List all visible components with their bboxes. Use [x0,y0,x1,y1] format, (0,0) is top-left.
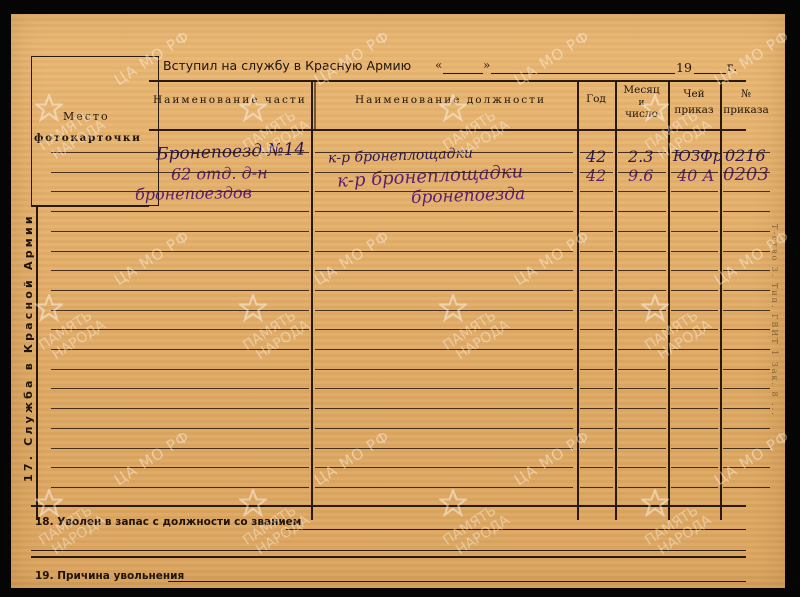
printer-imprint: Т-ство 3. Тип. ГВИТ 1 Зак. 8 ... [770,224,779,417]
row1-year-handwritten: 42 [586,147,606,166]
header-position-name: Наименование должности [355,94,546,106]
ruled-line [671,408,718,409]
table-header-bottom-border [149,129,746,131]
ruled-line [580,310,613,311]
ruled-line [580,408,613,409]
header-order-number-line2: приказа [720,104,772,117]
ruled-line [580,388,613,389]
ruled-line [580,211,613,212]
ruled-line [723,388,770,389]
col-divider-month-order [668,80,670,520]
row1-whose-order-handwritten: ЮЗФр [673,147,722,165]
ruled-line [580,448,613,449]
ruled-line [315,251,573,252]
field-18-bottom-border [31,556,746,558]
archive-watermark: ЦА МО РФ [111,427,193,489]
ruled-line [671,191,718,192]
ruled-line [315,448,573,449]
archive-watermark: ЦА МО РФ [511,427,593,489]
header-whose-order-line2: приказ [668,104,720,117]
ruled-line [618,251,666,252]
ruled-line [618,191,666,192]
ruled-line [618,172,666,173]
header-whose-order-line1: Чей [668,88,720,101]
section-17-bottom-border [31,505,746,507]
section-17-label: 17. Служба в Красной Армии [22,213,35,482]
ruled-line [618,448,666,449]
ruled-line [671,467,718,468]
ruled-line [51,231,309,232]
ruled-line [580,231,613,232]
row2-unit-handwritten: 62 отд. д-н [171,163,268,184]
archive-watermark: ЦА МО РФ [711,427,793,489]
header-unit-name: Наименование части [153,94,307,106]
ruled-line [671,172,718,173]
ruled-line [723,310,770,311]
star-watermark-icon [35,294,63,322]
ruled-line [315,290,573,291]
ruled-line [618,310,666,311]
ruled-line [51,211,309,212]
ruled-line [315,329,573,330]
ruled-line [580,152,613,153]
ruled-line [618,152,666,153]
row2-unit-line2-handwritten: бронепоездов [135,183,252,204]
ruled-line [580,369,613,370]
photo-box-bottom-extension [31,206,149,207]
ruled-line [723,152,770,153]
ruled-line [618,211,666,212]
ruled-line [671,290,718,291]
row1-order-number-handwritten: 0216 [725,146,766,165]
header-order-number-line1: № [720,88,772,101]
ruled-line [51,172,309,173]
ruled-line [580,172,613,173]
ruled-line [723,329,770,330]
field-19-blank-line[interactable] [168,581,746,582]
ruled-line [671,349,718,350]
ruled-line [618,408,666,409]
ruled-line [723,428,770,429]
ruled-line [315,191,573,192]
field-18-label: 18. Уволен в запас с должности со звание… [35,516,301,528]
ruled-line [723,211,770,212]
row2-position-line2-handwritten: бронепоезда [411,184,526,208]
star-watermark-icon [35,489,63,517]
ruled-line [671,369,718,370]
ruled-line [51,251,309,252]
row1-position-handwritten: к-р бронеплощадки [328,145,473,166]
ruled-line [580,349,613,350]
ruled-line [671,448,718,449]
ruled-line [723,487,770,488]
star-watermark-icon [239,294,267,322]
date-quote-open: « [435,58,442,72]
header-month-day-line3: число [615,108,668,121]
archive-watermark: ЦА МО РФ [711,227,793,289]
ruled-line [315,349,573,350]
col-divider-unit-position [311,80,313,520]
ruled-line [51,428,309,429]
ruled-line [723,448,770,449]
ruled-line [315,270,573,271]
ruled-line [618,290,666,291]
ruled-line [723,270,770,271]
star-watermark-icon [439,294,467,322]
ruled-line [51,487,309,488]
ruled-line [671,270,718,271]
ruled-line [315,152,573,153]
photo-box-label-line2: фотокарточки [34,132,141,144]
ruled-line [51,310,309,311]
field-19-label: 19. Причина увольнения [35,570,184,582]
ruled-line [51,290,309,291]
ruled-line [723,251,770,252]
project-watermark: ПАМЯТЬНАРОДА [631,500,715,569]
col-divider-order-number [720,80,722,520]
project-watermark: ПАМЯТЬНАРОДА [429,305,513,374]
ruled-line [580,329,613,330]
star-watermark-icon [641,489,669,517]
col-divider-year-month [615,80,617,520]
ruled-line [671,231,718,232]
ruled-line [51,467,309,468]
ruled-line [723,408,770,409]
ruled-line [51,369,309,370]
ruled-line [671,329,718,330]
date-year-prefix: 19 [676,60,692,75]
ruled-line [618,388,666,389]
archive-watermark: ЦА МО РФ [111,227,193,289]
ruled-line [315,487,573,488]
ruled-line [580,467,613,468]
ruled-line [315,310,573,311]
archive-watermark: ЦА МО РФ [511,227,593,289]
ruled-line [671,152,718,153]
field-18-blank-line1[interactable] [286,529,746,530]
date-quote-close: » [483,58,490,72]
header-year: Год [577,93,615,106]
project-watermark: ПАМЯТЬНАРОДА [229,305,313,374]
row2-order-number-handwritten: 0203 [723,164,769,185]
ruled-line [580,251,613,252]
ruled-line [580,428,613,429]
ruled-line [618,467,666,468]
ruled-line [315,369,573,370]
ruled-line [51,152,309,153]
table-top-border [149,80,746,82]
ruled-line [723,191,770,192]
ruled-line [51,329,309,330]
ruled-line [618,329,666,330]
ruled-line [315,428,573,429]
row2-whose-order-handwritten: 40 А [677,166,715,185]
star-watermark-icon [641,294,669,322]
ruled-line [51,388,309,389]
ruled-line [723,290,770,291]
ruled-line [51,349,309,350]
ruled-line [723,349,770,350]
ruled-line [315,408,573,409]
ruled-line [315,467,573,468]
ruled-line [51,191,309,192]
row2-year-handwritten: 42 [586,166,606,185]
ruled-line [723,369,770,370]
ruled-line [618,369,666,370]
field-18-blank-line2[interactable] [31,550,746,551]
ruled-line [618,231,666,232]
header-month-day-line1: Месяц [615,84,668,97]
ruled-line [51,270,309,271]
ruled-line [618,428,666,429]
ruled-line [723,231,770,232]
ruled-line [671,251,718,252]
ruled-line [315,211,573,212]
ruled-line [618,487,666,488]
ruled-line [315,388,573,389]
project-watermark: ПАМЯТЬНАРОДА [429,500,513,569]
archive-watermark: ЦА МО РФ [311,227,393,289]
ruled-line [51,448,309,449]
ruled-line [580,290,613,291]
row1-month-day-handwritten: 2.3 [628,147,653,166]
date-day-blank[interactable] [443,73,483,74]
photo-box-label-line1: Место [63,110,110,123]
ruled-line [580,487,613,488]
ruled-line [315,172,573,173]
col-divider-double [314,80,316,130]
ruled-line [671,211,718,212]
entered-service-label: Вступил на службу в Красную Армию [163,58,411,73]
ruled-line [618,349,666,350]
ruled-line [580,270,613,271]
project-watermark: ПАМЯТЬНАРОДА [631,305,715,374]
ruled-line [315,231,573,232]
date-year-suffix: г. [727,60,737,74]
ruled-line [580,191,613,192]
ruled-line [723,467,770,468]
date-month-blank[interactable] [491,73,675,74]
archive-watermark: ЦА МО РФ [311,427,393,489]
ruled-line [671,428,718,429]
ruled-line [51,408,309,409]
section-17-left-border [36,206,38,520]
ruled-line [618,270,666,271]
star-watermark-icon [239,489,267,517]
record-card: Место фотокарточки Вступил на службу в К… [11,14,785,588]
ruled-line [671,388,718,389]
star-watermark-icon [439,489,467,517]
col-divider-position-year [577,80,579,520]
photo-placeholder-box [31,56,159,206]
ruled-line [723,172,770,173]
date-year-blank[interactable] [694,73,726,74]
project-watermark: ПАМЯТЬНАРОДА [229,500,313,569]
ruled-line [671,310,718,311]
row2-month-day-handwritten: 9.6 [628,166,653,185]
ruled-line [671,487,718,488]
